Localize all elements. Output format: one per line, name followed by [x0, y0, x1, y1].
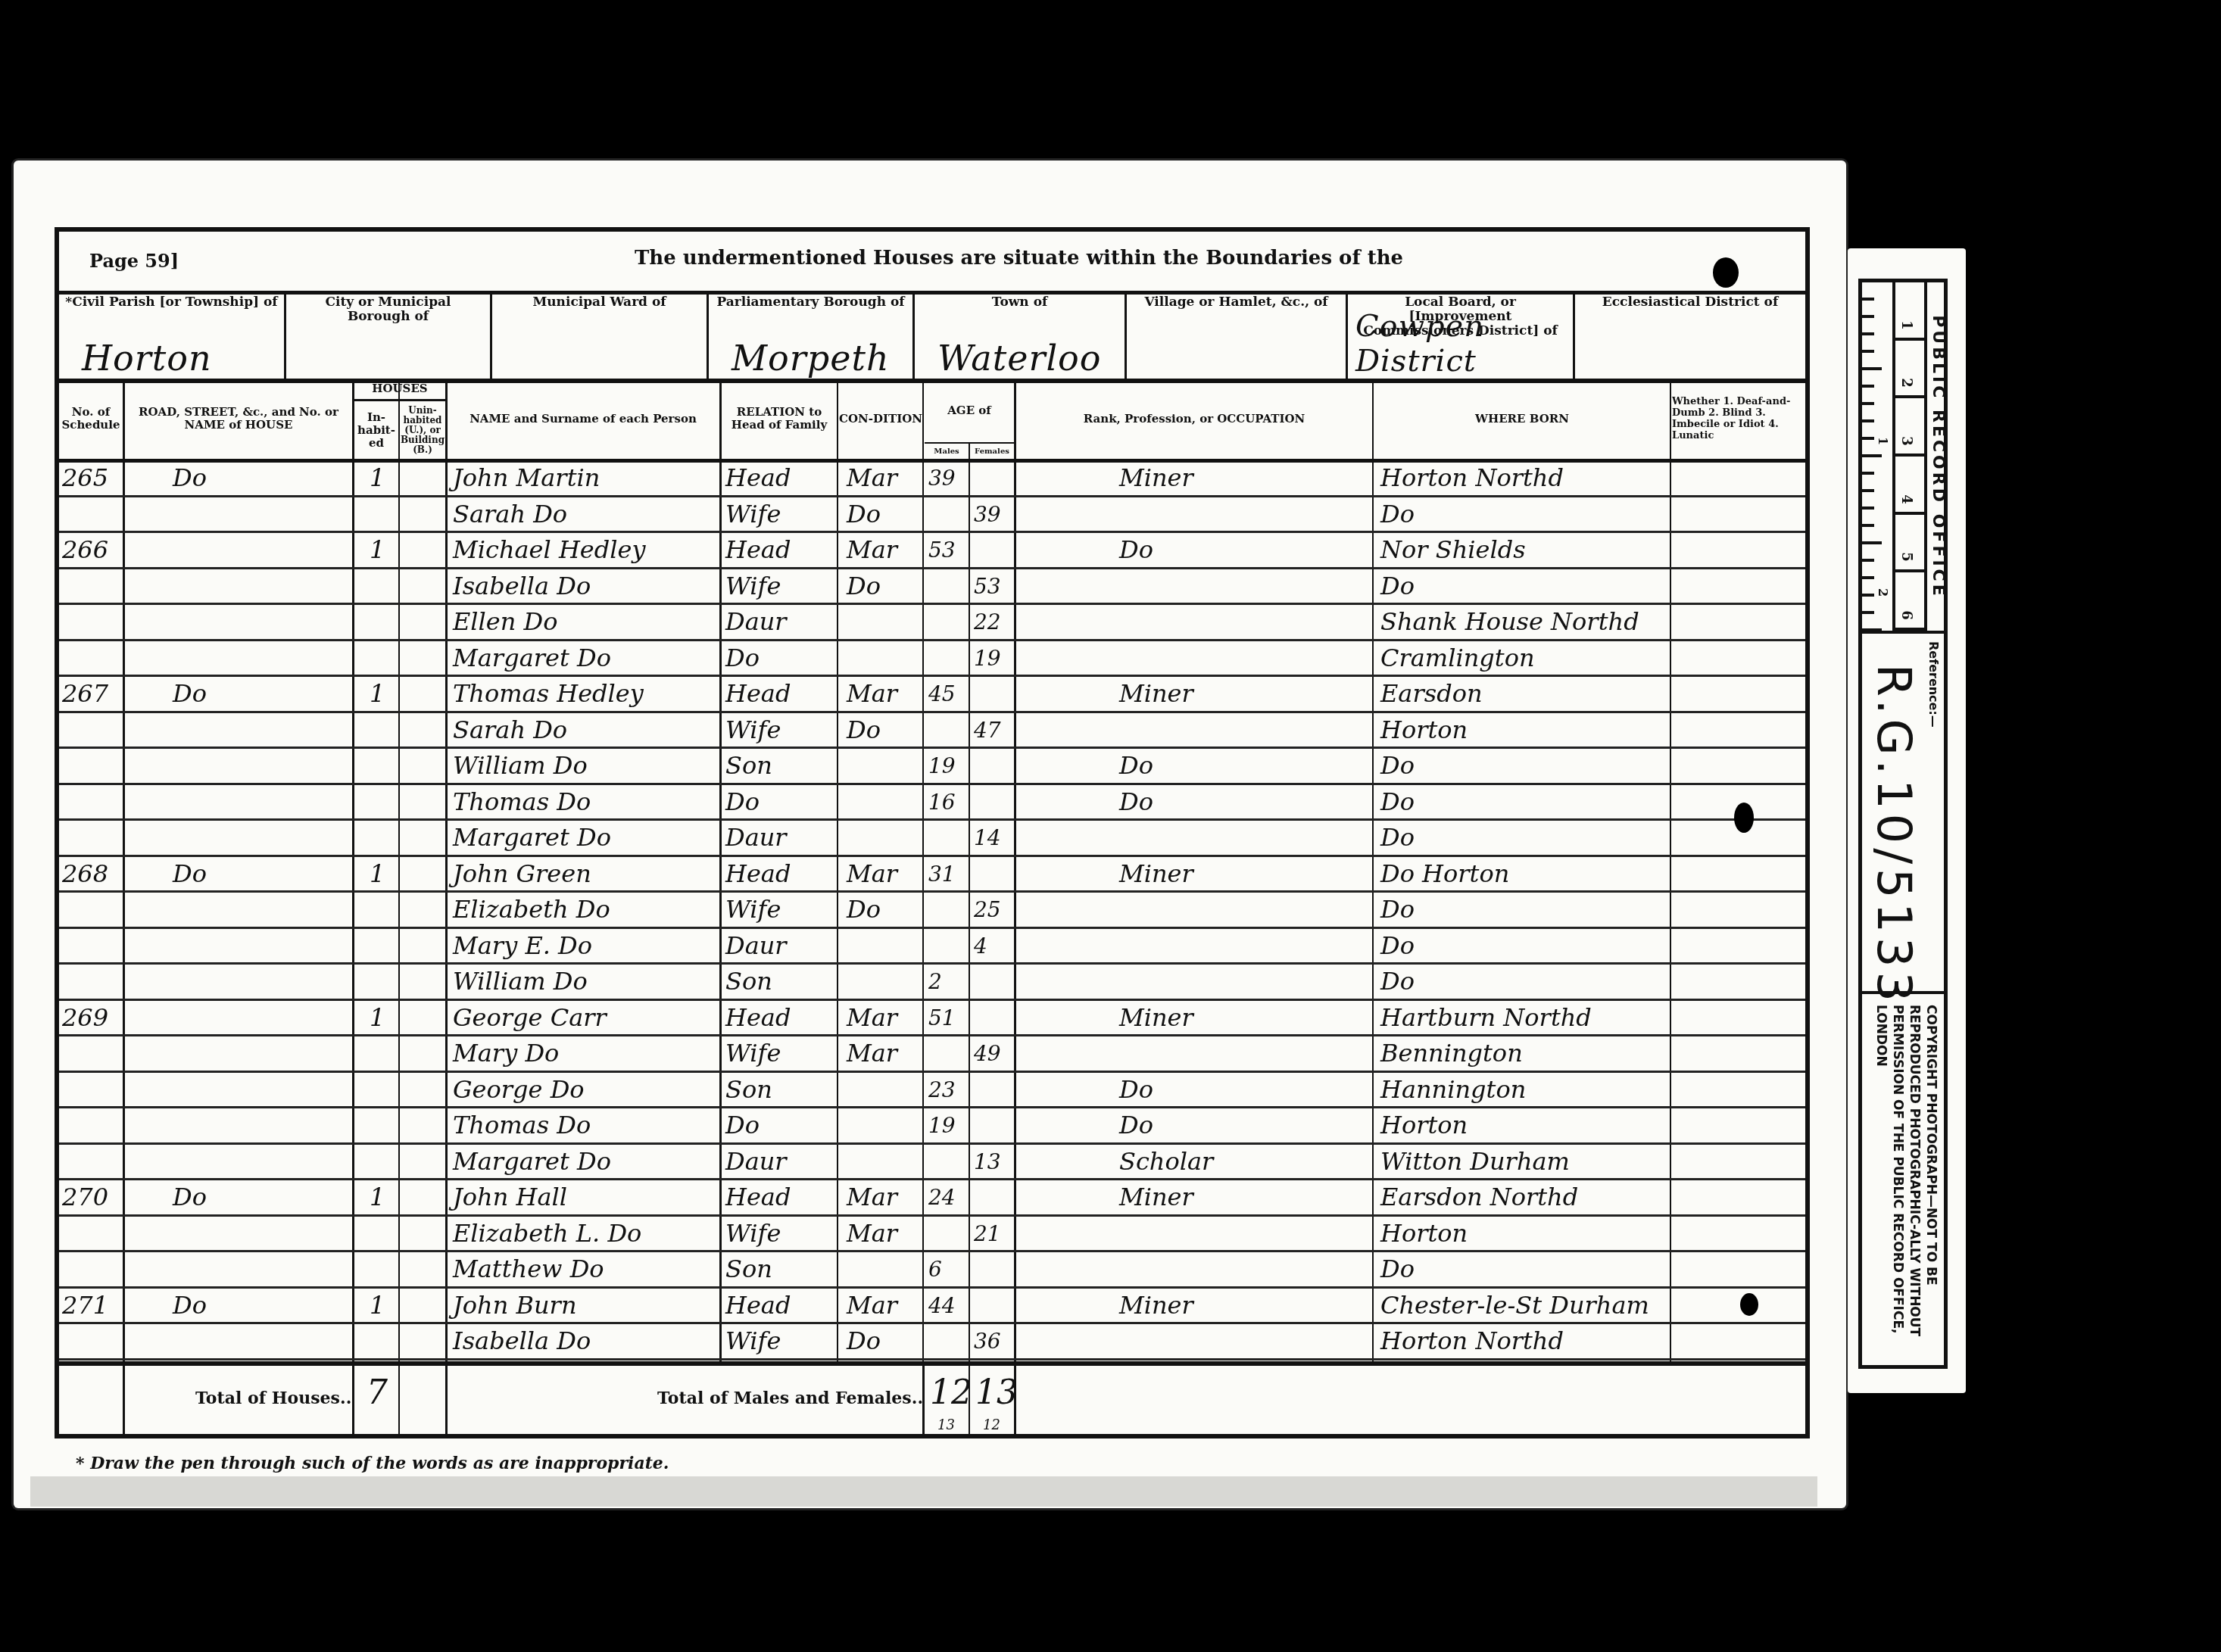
female-age: 22: [974, 603, 1001, 639]
person-name: Mary Do: [453, 1034, 559, 1071]
road-name: Do: [173, 675, 207, 711]
female-age: 14: [974, 818, 1001, 855]
person-name: George Carr: [453, 999, 607, 1035]
male-age: 31: [928, 855, 956, 891]
occupation: Miner: [1119, 999, 1193, 1035]
sheet-edge: [30, 1476, 1817, 1507]
total-houses-value: 7: [367, 1373, 388, 1412]
census-rows: 265Do1John MartinHeadMar39MinerHorton No…: [59, 459, 1805, 1358]
person-name: John Martin: [453, 459, 600, 495]
where-born: Do: [1380, 927, 1415, 963]
condition: Do: [847, 1322, 881, 1358]
female-age: 21: [974, 1214, 1001, 1251]
ink-blot: [1734, 803, 1754, 833]
person-name: John Burn: [453, 1286, 577, 1323]
relation: Wife: [725, 890, 781, 927]
cm-mark: 5: [1898, 553, 1914, 563]
person-name: Elizabeth L. Do: [453, 1214, 641, 1251]
cm-mark: 2: [1898, 379, 1914, 388]
ruler-tick: [1862, 419, 1874, 422]
schedule-number: 270: [62, 1178, 108, 1214]
person-name: Isabella Do: [453, 567, 591, 603]
inhabited-count: 1: [370, 1286, 385, 1323]
person-name: William Do: [453, 962, 588, 999]
boundary-municipal-ward: Municipal Ward of: [492, 291, 709, 379]
condition: Do: [847, 711, 881, 747]
ruler-tick: [1862, 367, 1882, 370]
where-born: Nor Shields: [1380, 531, 1526, 567]
person-name: William Do: [453, 747, 588, 783]
boundary-ecclesiastical: Ecclesiastical District of: [1575, 291, 1805, 379]
cm-mark: 1: [1898, 320, 1914, 330]
ruler-tick: [1862, 576, 1874, 579]
male-age: 16: [928, 783, 956, 819]
table-row: 2661Michael HedleyHeadMar53DoNor Shields: [59, 531, 1805, 569]
occupation: Miner: [1119, 459, 1193, 495]
where-born: Witton Durham: [1380, 1142, 1570, 1179]
relation: Daur: [725, 818, 787, 855]
where-born: Do: [1380, 747, 1415, 783]
female-age: 39: [974, 495, 1001, 531]
person-name: Sarah Do: [453, 495, 567, 531]
total-persons-label: Total of Males and Females..: [657, 1389, 923, 1408]
condition: Mar: [847, 1178, 897, 1214]
relation: Head: [725, 675, 791, 711]
male-age: 51: [928, 999, 956, 1035]
col-occupation: Rank, Profession, or OCCUPATION: [1016, 379, 1372, 459]
cm-segment: 2: [1894, 341, 1924, 399]
where-born: Shank House Northd: [1380, 603, 1639, 639]
col-houses: HOUSES: [354, 379, 445, 401]
relation: Son: [725, 747, 772, 783]
inhabited-count: 1: [370, 531, 385, 567]
ruler-tick: [1862, 332, 1874, 335]
table-row: 268Do1John GreenHeadMar31MinerDo Horton: [59, 855, 1805, 893]
relation: Wife: [725, 1214, 781, 1251]
male-age: 19: [928, 1106, 956, 1142]
form-top-bar: Page 59] The undermentioned Houses are s…: [59, 232, 1805, 295]
cm-mark: 4: [1898, 494, 1914, 504]
ruler-tick: [1862, 611, 1874, 614]
female-age: 25: [974, 890, 1001, 927]
table-row: Mary DoWifeMar49Bennington: [59, 1034, 1805, 1073]
female-age: 4: [974, 927, 987, 963]
cm-mark: 6: [1898, 610, 1914, 620]
col-uninhabited: Unin-habited (U.), or Building (B.): [400, 401, 445, 459]
col-females: Females: [970, 442, 1014, 459]
male-age: 23: [928, 1071, 956, 1107]
census-form: Page 59] The undermentioned Houses are s…: [55, 227, 1810, 1438]
inhabited-count: 1: [370, 675, 385, 711]
female-age: 13: [974, 1142, 1001, 1179]
col-name: NAME and Surname of each Person: [447, 379, 719, 459]
occupation: Do: [1119, 747, 1153, 783]
person-name: Thomas Do: [453, 783, 591, 819]
total-males-tally: 13: [937, 1417, 955, 1433]
where-born: Do Horton: [1380, 855, 1509, 891]
table-row: Isabella DoWifeDo36Horton Northd: [59, 1322, 1805, 1361]
col-males: Males: [925, 442, 969, 459]
male-age: 19: [928, 747, 956, 783]
where-born: Horton Northd: [1380, 459, 1564, 495]
where-born: Do: [1380, 890, 1415, 927]
ruler-tick: [1862, 594, 1874, 597]
boundary-local-board: Local Board, or [Improvement Commissione…: [1348, 291, 1575, 379]
strip-border: 12 123456 PUBLIC RECORD OFFICE Reference…: [1858, 279, 1948, 1369]
person-name: Thomas Do: [453, 1106, 591, 1142]
boundaries-row: *Civil Parish [or Township] of Horton Ci…: [59, 291, 1805, 383]
occupation: Scholar: [1119, 1142, 1213, 1179]
where-born: Horton: [1380, 711, 1468, 747]
totals-row: Total of Houses.. 7 Total of Males and F…: [59, 1361, 1805, 1438]
schedule-number: 265: [62, 459, 108, 495]
where-born: Do: [1380, 567, 1415, 603]
relation: Wife: [725, 567, 781, 603]
road-name: Do: [173, 1286, 207, 1323]
schedule-number: 267: [62, 675, 108, 711]
ruler-tick: [1862, 315, 1874, 318]
relation: Son: [725, 962, 772, 999]
inch-mark: 1: [1876, 437, 1890, 445]
cm-mark: 3: [1898, 436, 1914, 446]
ruler-tick: [1862, 489, 1874, 492]
road-name: Do: [173, 1178, 207, 1214]
table-row: Sarah DoWifeDo47Horton: [59, 711, 1805, 750]
condition: Mar: [847, 999, 897, 1035]
table-row: 267Do1Thomas HedleyHeadMar45MinerEarsdon: [59, 675, 1805, 713]
relation: Son: [725, 1250, 772, 1286]
col-infirmity: Whether 1. Deaf-and-Dumb 2. Blind 3. Imb…: [1672, 379, 1808, 459]
condition: Do: [847, 495, 881, 531]
table-row: Isabella DoWifeDo53Do: [59, 567, 1805, 606]
condition: Mar: [847, 1214, 897, 1251]
schedule-number: 266: [62, 531, 108, 567]
ruler-tick: [1862, 541, 1882, 544]
schedule-number: 269: [62, 999, 108, 1035]
condition: Mar: [847, 1286, 897, 1323]
condition: Mar: [847, 459, 897, 495]
boundary-civil-parish: *Civil Parish [or Township] of Horton: [59, 291, 286, 379]
relation: Do: [725, 783, 760, 819]
footnote: * Draw the pen through such of the words…: [76, 1454, 669, 1473]
inhabited-count: 1: [370, 1178, 385, 1214]
person-name: John Green: [453, 855, 591, 891]
where-born: Hartburn Northd: [1380, 999, 1592, 1035]
person-name: Sarah Do: [453, 711, 567, 747]
col-age: AGE of: [925, 379, 1014, 442]
boundaries-heading: The undermentioned Houses are situate wi…: [635, 247, 1403, 270]
col-relation: RELATION to Head of Family: [722, 379, 837, 459]
condition: Do: [847, 567, 881, 603]
table-row: Mary E. DoDaur4Do: [59, 927, 1805, 965]
where-born: Horton Northd: [1380, 1322, 1564, 1358]
col-road: ROAD, STREET, &c., and No. or NAME of HO…: [125, 379, 352, 459]
male-age: 44: [928, 1286, 956, 1323]
occupation: Do: [1119, 783, 1153, 819]
where-born: Hannington: [1380, 1071, 1526, 1107]
occupation: Miner: [1119, 1286, 1193, 1323]
ruler-tick: [1862, 437, 1874, 440]
relation: Daur: [725, 603, 787, 639]
table-row: Margaret DoDaur14Do: [59, 818, 1805, 857]
boundary-municipal-borough: City or Municipal Borough of: [286, 291, 492, 379]
male-age: 2: [928, 962, 942, 999]
person-name: George Do: [453, 1071, 585, 1107]
occupation: Do: [1119, 1106, 1153, 1142]
col-inhabited: In-habit-ed: [354, 401, 398, 459]
relation: Head: [725, 855, 791, 891]
male-age: 24: [928, 1178, 956, 1214]
relation: Wife: [725, 495, 781, 531]
person-name: Ellen Do: [453, 603, 557, 639]
total-houses-label: Total of Houses..: [195, 1389, 351, 1408]
person-name: Margaret Do: [453, 818, 611, 855]
relation: Head: [725, 1178, 791, 1214]
cm-segment: 1: [1894, 282, 1924, 341]
relation: Daur: [725, 1142, 787, 1179]
ink-blot: [1713, 257, 1739, 288]
relation: Head: [725, 531, 791, 567]
where-born: Chester-le-St Durham: [1380, 1286, 1649, 1323]
where-born: Earsdon: [1380, 675, 1483, 711]
where-born: Do: [1380, 1250, 1415, 1286]
relation: Head: [725, 459, 791, 495]
relation: Head: [725, 999, 791, 1035]
table-row: Ellen DoDaur22Shank House Northd: [59, 603, 1805, 641]
condition: Mar: [847, 675, 897, 711]
schedule-number: 271: [62, 1286, 108, 1323]
table-row: Margaret DoDo19Cramlington: [59, 639, 1805, 678]
female-age: 49: [974, 1034, 1001, 1071]
page-number: Page 59]: [89, 250, 179, 272]
reference-box: Reference:— R.G.10/5133: [1862, 631, 1944, 994]
female-age: 53: [974, 567, 1001, 603]
inch-mark: 2: [1876, 588, 1890, 597]
table-row: George DoSon23DoHannington: [59, 1071, 1805, 1109]
occupation: Do: [1119, 1071, 1153, 1107]
inch-ruler: 12: [1862, 282, 1895, 631]
cm-segment: 4: [1894, 457, 1924, 515]
boundary-village: Village or Hamlet, &c., of: [1127, 291, 1348, 379]
occupation: Do: [1119, 531, 1153, 567]
table-row: Elizabeth L. DoWifeMar21Horton: [59, 1214, 1805, 1253]
cm-segment: 3: [1894, 398, 1924, 457]
person-name: Isabella Do: [453, 1322, 591, 1358]
where-born: Do: [1380, 495, 1415, 531]
where-born: Do: [1380, 962, 1415, 999]
ruler-tick: [1862, 507, 1874, 510]
ruler-tick: [1862, 472, 1874, 475]
relation: Head: [725, 1286, 791, 1323]
ruler-tick: [1862, 298, 1874, 301]
table-row: Thomas DoDo19DoHorton: [59, 1106, 1805, 1145]
occupation: Miner: [1119, 1178, 1193, 1214]
relation: Wife: [725, 1322, 781, 1358]
strip-title: PUBLIC RECORD OFFICE: [1927, 282, 1948, 631]
male-age: 53: [928, 531, 956, 567]
ruler-tick: [1862, 385, 1874, 388]
where-born: Bennington: [1380, 1034, 1523, 1071]
person-name: Margaret Do: [453, 1142, 611, 1179]
schedule-number: 268: [62, 855, 108, 891]
reference-value: R.G.10/5133: [1867, 664, 1922, 1006]
public-record-office-strip: 12 123456 PUBLIC RECORD OFFICE Reference…: [1848, 248, 1966, 1393]
where-born: Cramlington: [1380, 639, 1535, 675]
cm-segment: 6: [1894, 572, 1924, 631]
ruler-tick: [1862, 402, 1874, 405]
table-row: 265Do1John MartinHeadMar39MinerHorton No…: [59, 459, 1805, 497]
occupation: Miner: [1119, 675, 1193, 711]
where-born: Earsdon Northd: [1380, 1178, 1578, 1214]
col-where-born: WHERE BORN: [1374, 379, 1670, 459]
table-row: Matthew DoSon6Do: [59, 1250, 1805, 1289]
occupation: Miner: [1119, 855, 1193, 891]
ruler-tick: [1862, 524, 1874, 527]
boundary-parliamentary-borough: Parliamentary Borough of Morpeth: [709, 291, 915, 379]
cm-segment: 5: [1894, 515, 1924, 573]
boundary-town: Town of Waterloo: [915, 291, 1127, 379]
relation: Son: [725, 1071, 772, 1107]
person-name: Michael Hedley: [453, 531, 646, 567]
total-females-tally: 12: [983, 1417, 1000, 1433]
relation: Wife: [725, 711, 781, 747]
col-schedule: No. of Schedule: [59, 379, 123, 459]
table-row: Margaret DoDaur13ScholarWitton Durham: [59, 1142, 1805, 1181]
reference-label: Reference:—: [1926, 641, 1941, 728]
female-age: 36: [974, 1322, 1001, 1358]
inhabited-count: 1: [370, 999, 385, 1035]
person-name: Matthew Do: [453, 1250, 604, 1286]
ruler-tick: [1862, 350, 1874, 353]
female-age: 47: [974, 711, 1001, 747]
where-born: Horton: [1380, 1214, 1468, 1251]
cm-scale: 123456: [1894, 282, 1927, 631]
table-row: 270Do1John HallHeadMar24MinerEarsdon Nor…: [59, 1178, 1805, 1217]
inhabited-count: 1: [370, 855, 385, 891]
condition: Mar: [847, 855, 897, 891]
relation: Daur: [725, 927, 787, 963]
relation: Wife: [725, 1034, 781, 1071]
male-age: 45: [928, 675, 956, 711]
condition: Do: [847, 890, 881, 927]
column-headers: No. of Schedule ROAD, STREET, &c., and N…: [59, 379, 1805, 463]
person-name: John Hall: [453, 1178, 567, 1214]
inhabited-count: 1: [370, 459, 385, 495]
table-row: Sarah DoWifeDo39Do: [59, 495, 1805, 534]
condition: Mar: [847, 1034, 897, 1071]
condition: Mar: [847, 531, 897, 567]
ink-blot: [1740, 1293, 1758, 1316]
female-age: 19: [974, 639, 1001, 675]
relation: Do: [725, 1106, 760, 1142]
where-born: Horton: [1380, 1106, 1468, 1142]
where-born: Do: [1380, 783, 1415, 819]
ruler-tick: [1862, 559, 1874, 562]
person-name: Mary E. Do: [453, 927, 592, 963]
table-row: Thomas DoDo16DoDo: [59, 783, 1805, 821]
col-condition: CON-DITION: [839, 379, 922, 459]
ruler-tick: [1862, 454, 1882, 457]
table-row: Elizabeth DoWifeDo25Do: [59, 890, 1805, 929]
person-name: Margaret Do: [453, 639, 611, 675]
where-born: Do: [1380, 818, 1415, 855]
table-row: 271Do1John BurnHeadMar44MinerChester-le-…: [59, 1286, 1805, 1325]
total-females: 13: [975, 1373, 1018, 1412]
person-name: Elizabeth Do: [453, 890, 610, 927]
road-name: Do: [173, 855, 207, 891]
total-males: 12: [930, 1373, 972, 1412]
road-name: Do: [173, 459, 207, 495]
person-name: Thomas Hedley: [453, 675, 644, 711]
table-row: William DoSon2Do: [59, 962, 1805, 1001]
table-row: William DoSon19DoDo: [59, 747, 1805, 785]
relation: Do: [725, 639, 760, 675]
table-row: 2691George CarrHeadMar51MinerHartburn No…: [59, 999, 1805, 1037]
male-age: 39: [928, 459, 956, 495]
male-age: 6: [928, 1250, 942, 1286]
copyright-notice: COPYRIGHT PHOTOGRAPH—NOT TO BE REPRODUCE…: [1867, 1005, 1939, 1361]
